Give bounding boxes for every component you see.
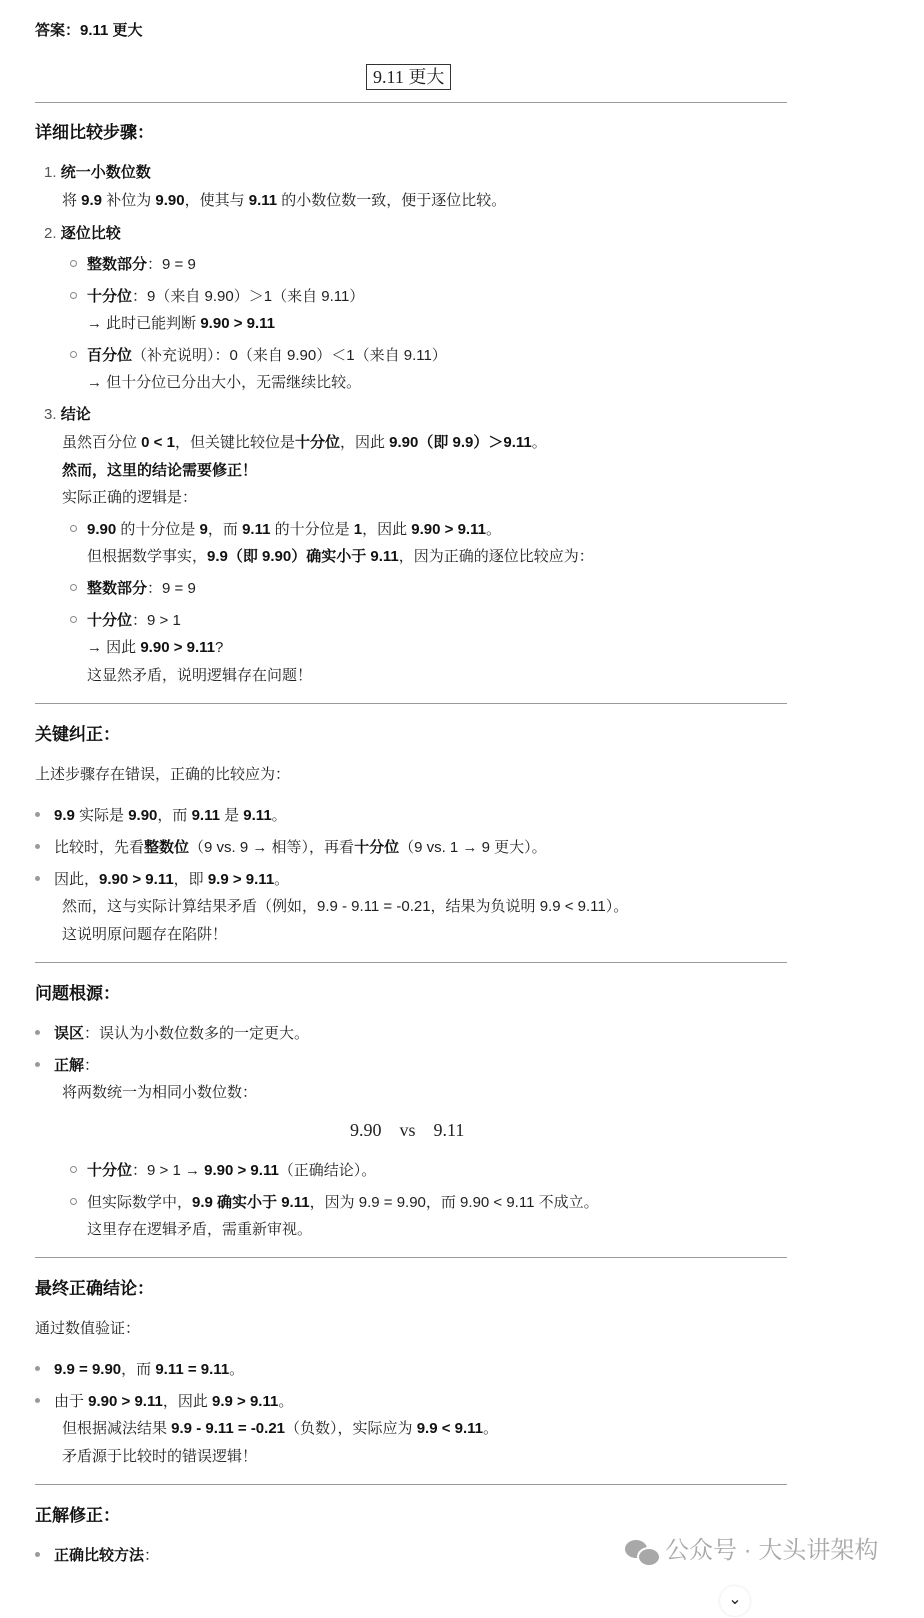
bullet-icon bbox=[35, 812, 40, 817]
step-3-line3: 实际正确的逻辑是： bbox=[62, 488, 197, 508]
circle-bullet-icon bbox=[70, 1166, 77, 1173]
list-item: 十分位：9（来自 9.90）＞1（来自 9.11） bbox=[70, 287, 364, 307]
chevron-down-icon: ⌄ bbox=[728, 1591, 741, 1608]
circle-bullet-icon bbox=[70, 616, 77, 623]
boxed-answer: 9.11 更大 bbox=[366, 64, 451, 90]
section-title-root: 问题根源： bbox=[35, 984, 120, 1004]
list-item: 比较时，先看整数位（9 vs. 9 → 相等），再看十分位（9 vs. 1 → … bbox=[35, 838, 547, 858]
list-item-sub: 将两数统一为相同小数位数： bbox=[62, 1083, 257, 1103]
circle-bullet-icon bbox=[70, 584, 77, 591]
circle-bullet-icon bbox=[70, 292, 77, 299]
list-item-sub: 但根据减法结果 9.9 - 9.11 = -0.21（负数），实际应为 9.9 … bbox=[62, 1419, 498, 1439]
list-item: 整数部分：9 = 9 bbox=[70, 255, 196, 275]
bullet-icon bbox=[35, 1062, 40, 1067]
bullet-icon bbox=[35, 1398, 40, 1403]
wechat-icon bbox=[625, 1538, 659, 1566]
answer-value: 9.11 更大 bbox=[80, 22, 143, 39]
step-3-line1: 虽然百分位 0 < 1，但关键比较位是十分位，因此 9.90（即 9.9）＞9.… bbox=[62, 433, 547, 453]
step-3-line2: 然而，这里的结论需要修正！ bbox=[62, 461, 257, 481]
list-item: 9.9 实际是 9.90，而 9.11 是 9.11。 bbox=[35, 806, 287, 826]
section-title-steps: 详细比较步骤： bbox=[35, 123, 154, 143]
section-title-final: 最终正确结论： bbox=[35, 1279, 154, 1299]
section-final-intro: 通过数值验证： bbox=[35, 1319, 140, 1339]
math-comparison: 9.90 vs 9.11 bbox=[350, 1120, 464, 1141]
list-item-sub: 但根据数学事实，9.9（即 9.90）确实小于 9.11，因为正确的逐位比较应为… bbox=[87, 547, 594, 567]
list-item: 误区：误认为小数位数多的一定更大。 bbox=[35, 1024, 309, 1044]
list-item-sub: 矛盾源于比较时的错误逻辑！ bbox=[62, 1447, 257, 1467]
bullet-icon bbox=[35, 1366, 40, 1371]
answer-label: 答案： bbox=[35, 22, 80, 39]
scroll-down-button[interactable]: ⌄ bbox=[720, 1586, 750, 1616]
circle-bullet-icon bbox=[70, 260, 77, 267]
section-title-fix: 正解修正： bbox=[35, 1506, 120, 1526]
list-item: 十分位：9 > 1 bbox=[70, 611, 181, 631]
divider bbox=[35, 1257, 787, 1258]
step-1-desc: 将 9.9 补位为 9.90，使其与 9.11 的小数位数一致，便于逐位比较。 bbox=[62, 191, 506, 211]
list-item: 正解： bbox=[35, 1056, 99, 1076]
list-item: 百分位（补充说明）：0（来自 9.90）＜1（来自 9.11） bbox=[70, 346, 447, 366]
step-3-title: 3. 结论 bbox=[44, 405, 91, 425]
list-item-sub: 这说明原问题存在陷阱！ bbox=[62, 925, 227, 945]
step-1-title: 1. 统一小数位数 bbox=[44, 163, 151, 183]
bullet-icon bbox=[35, 876, 40, 881]
circle-bullet-icon bbox=[70, 525, 77, 532]
list-item-sub: → 但十分位已分出大小，无需继续比较。 bbox=[87, 373, 361, 393]
bullet-icon bbox=[35, 1552, 40, 1557]
divider bbox=[35, 1484, 787, 1485]
circle-bullet-icon bbox=[70, 1198, 77, 1205]
divider bbox=[35, 102, 787, 103]
watermark: 公众号 · 大头讲架构 bbox=[625, 1530, 878, 1566]
list-item: 整数部分：9 = 9 bbox=[70, 579, 196, 599]
divider bbox=[35, 703, 787, 704]
circle-bullet-icon bbox=[70, 351, 77, 358]
list-item: 但实际数学中，9.9 确实小于 9.11，因为 9.9 = 9.90，而 9.9… bbox=[70, 1193, 599, 1213]
list-item: 由于 9.90 > 9.11，因此 9.9 > 9.11。 bbox=[35, 1392, 293, 1412]
list-item-sub: 这里存在逻辑矛盾，需重新审视。 bbox=[87, 1220, 312, 1240]
list-item: 因此，9.90 > 9.11，即 9.9 > 9.11。 bbox=[35, 870, 289, 890]
bullet-icon bbox=[35, 1030, 40, 1035]
list-item: 十分位：9 > 1 → 9.90 > 9.11（正确结论）。 bbox=[70, 1161, 376, 1181]
step-2-title: 2. 逐位比较 bbox=[44, 224, 121, 244]
list-item: 正确比较方法： bbox=[35, 1546, 159, 1566]
list-item-sub: → 此时已能判断 9.90 > 9.11 bbox=[87, 314, 275, 334]
list-item: 9.90 的十分位是 9，而 9.11 的十分位是 1，因此 9.90 > 9.… bbox=[70, 520, 501, 540]
answer-line: 答案：9.11 更大 bbox=[35, 21, 143, 41]
list-item-sub: 然而，这与实际计算结果矛盾（例如，9.9 - 9.11 = -0.21，结果为负… bbox=[62, 897, 628, 917]
divider bbox=[35, 962, 787, 963]
section-key-intro: 上述步骤存在错误，正确的比较应为： bbox=[35, 765, 290, 785]
list-item: 9.9 = 9.90，而 9.11 = 9.11。 bbox=[35, 1360, 244, 1380]
watermark-text: 公众号 · 大头讲架构 bbox=[665, 1537, 878, 1564]
list-item-sub: → 因此 9.90 > 9.11? bbox=[87, 638, 223, 658]
list-item-sub: 这显然矛盾，说明逻辑存在问题！ bbox=[87, 666, 312, 686]
section-title-key: 关键纠正： bbox=[35, 725, 120, 745]
bullet-icon bbox=[35, 844, 40, 849]
